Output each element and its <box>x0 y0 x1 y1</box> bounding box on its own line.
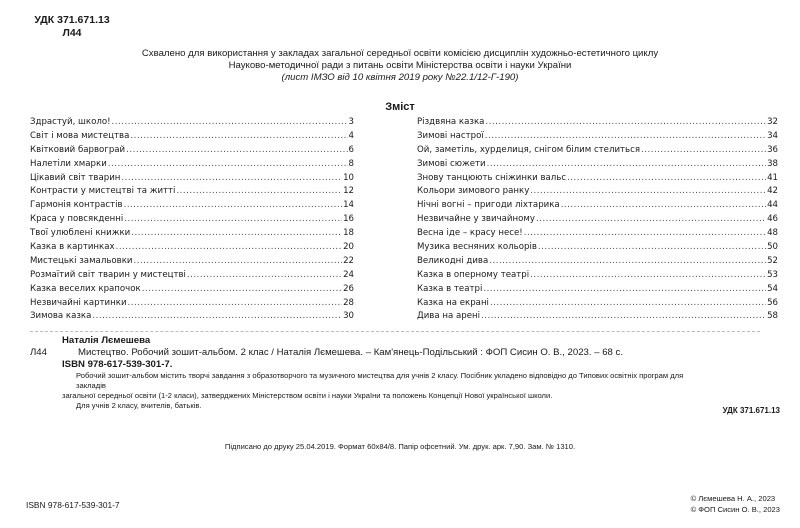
toc-entry-page: 58 <box>767 311 778 321</box>
toc-leader-dots <box>112 117 348 127</box>
toc-leader-dots <box>124 214 342 224</box>
toc-leader-dots <box>490 298 766 308</box>
toc-leader-dots <box>124 200 342 210</box>
toc-entry-page: 28 <box>343 298 354 308</box>
toc-leader-dots <box>536 214 766 224</box>
toc-entry: Цікавий світ тварин10 <box>30 173 354 187</box>
copyright-author: © Лємешева Н. А., 2023 <box>691 493 780 504</box>
toc-entry-title: Казка веселих крапочок <box>30 284 141 294</box>
toc-entry: Незвичайні картинки28 <box>30 298 354 312</box>
toc-leader-dots <box>538 242 766 252</box>
toc-entry-page: 22 <box>343 256 354 266</box>
library-code: Л44 <box>30 347 78 359</box>
toc-entry-title: Весна іде – красу несе! <box>417 228 523 238</box>
bibliographic-record: Наталія Лємешева Л44 Мистецтво. Робочий … <box>30 335 780 411</box>
toc-leader-dots <box>126 145 347 155</box>
toc-leader-dots <box>489 256 766 266</box>
toc-entry: Зимові настрої34 <box>417 131 778 145</box>
divider <box>30 331 760 332</box>
toc-entry: Зимова казка30 <box>30 311 354 325</box>
toc-leader-dots <box>530 270 766 280</box>
toc-entry-title: Гармонія контрастів <box>30 200 123 210</box>
toc-entry-title: Незвичайні картинки <box>30 298 127 308</box>
toc-entry-page: 42 <box>767 186 778 196</box>
toc-leader-dots <box>481 311 766 321</box>
toc-entry: Зимові сюжети38 <box>417 159 778 173</box>
approval-line-1: Схвалено для використання у закладах заг… <box>0 48 800 60</box>
toc-entry-page: 4 <box>349 131 354 141</box>
toc-entry-page: 26 <box>343 284 354 294</box>
toc-leader-dots <box>641 145 766 155</box>
toc-entry-title: Незвичайне у звичайному <box>417 214 535 224</box>
toc-entry: Знову танцюють сніжинки вальс41 <box>417 173 778 187</box>
toc-entry-page: 30 <box>343 311 354 321</box>
toc-entry-page: 8 <box>349 159 354 169</box>
toc-leader-dots <box>131 228 342 238</box>
toc-leader-dots <box>92 311 342 321</box>
toc-entry-page: 34 <box>767 131 778 141</box>
toc-entry-page: 54 <box>767 284 778 294</box>
udk-code: УДК 371.671.13 <box>32 14 112 27</box>
approval-line-3: (лист ІМЗО від 10 квітня 2019 року №22.1… <box>0 72 800 84</box>
toc-leader-dots <box>121 173 342 183</box>
toc-leader-dots <box>483 284 766 294</box>
toc-entry: Казка на екрані56 <box>417 298 778 312</box>
toc-entry-page: 16 <box>343 214 354 224</box>
toc-entry-page: 44 <box>767 200 778 210</box>
author-name: Наталія Лємешева <box>62 335 780 347</box>
toc-entry-title: Казка на екрані <box>417 298 489 308</box>
toc-leader-dots <box>133 256 342 266</box>
toc-leader-dots <box>485 117 766 127</box>
toc-entry-title: Музика весняних кольорів <box>417 242 537 252</box>
toc-entry-title: Контрасти у мистецтві та житті <box>30 186 175 196</box>
toc-leader-dots <box>567 173 766 183</box>
toc-entry-title: Розмаїтий світ тварин у мистецтві <box>30 270 186 280</box>
toc-entry-title: Зимові настрої <box>417 131 484 141</box>
toc-entry: Гармонія контрастів14 <box>30 200 354 214</box>
toc-entry-title: Казка в оперному театрі <box>417 270 529 280</box>
toc-entry-title: Нічні вогні – пригоди ліхтарика <box>417 200 560 210</box>
toc-entry-title: Твої улюблені книжки <box>30 228 130 238</box>
toc-entry-page: 14 <box>343 200 354 210</box>
abstract-line-2: загальної середньої освіти (1-2 класи), … <box>62 391 702 401</box>
toc-entry: Налетіли хмарки8 <box>30 159 354 173</box>
toc-leader-dots <box>130 131 347 141</box>
toc-entry-page: 20 <box>343 242 354 252</box>
toc-left-column: Здрастуй, школо!3Світ і мова мистецтва4К… <box>30 117 354 325</box>
toc-entry-title: Зимова казка <box>30 311 91 321</box>
toc-entry-page: 56 <box>767 298 778 308</box>
udk-code-bottom: УДК 371.671.13 <box>723 406 780 415</box>
toc-leader-dots <box>561 200 766 210</box>
toc-entry: Ой, заметіль, хурделиця, снігом білим ст… <box>417 145 778 159</box>
toc-entry: Казка в картинках20 <box>30 242 354 256</box>
toc-entry-title: Дива на арені <box>417 311 480 321</box>
toc-entry: Музика весняних кольорів50 <box>417 242 778 256</box>
audience: Для учнів 2 класу, вчителів, батьків. <box>62 401 702 411</box>
toc-entry-page: 36 <box>767 145 778 155</box>
toc-entry-page: 12 <box>343 186 354 196</box>
toc-entry-title: Налетіли хмарки <box>30 159 107 169</box>
toc-right-column: Різдвяна казка32Зимові настрої34Ой, заме… <box>417 117 778 325</box>
toc-leader-dots <box>108 159 348 169</box>
toc-entry-title: Світ і мова мистецтва <box>30 131 129 141</box>
toc-entry-page: 52 <box>767 256 778 266</box>
toc-entry: Нічні вогні – пригоди ліхтарика44 <box>417 200 778 214</box>
book-description: Мистецтво. Робочий зошит-альбом. 2 клас … <box>78 347 623 359</box>
toc-entry-page: 50 <box>767 242 778 252</box>
toc-entry-page: 48 <box>767 228 778 238</box>
toc-entry-title: Ой, заметіль, хурделиця, снігом білим ст… <box>417 145 640 155</box>
toc-entry-title: Великодні дива <box>417 256 488 266</box>
toc-entry-title: Знову танцюють сніжинки вальс <box>417 173 566 183</box>
abstract-line-1: Робочий зошит-альбом містить творчі завд… <box>62 371 702 391</box>
copyright-publisher: © ФОП Сисин О. В., 2023 <box>691 504 780 515</box>
toc-entry-page: 53 <box>767 270 778 280</box>
toc-leader-dots <box>187 270 342 280</box>
footer-isbn: ISBN 978-617-539-301-7 <box>26 500 120 510</box>
toc-leader-dots <box>142 284 342 294</box>
toc-entry-title: Здрастуй, школо! <box>30 117 111 127</box>
toc-entry: Великодні дива52 <box>417 256 778 270</box>
toc-entry-title: Кольори зимового ранку <box>417 186 529 196</box>
toc-entry-title: Зимові сюжети <box>417 159 486 169</box>
toc-entry: Квітковий барвограй6 <box>30 145 354 159</box>
udk-header: УДК 371.671.13 Л44 <box>32 14 112 40</box>
toc-entry: Здрастуй, школо!3 <box>30 117 354 131</box>
toc-leader-dots <box>530 186 766 196</box>
toc-entry-title: Казка в театрі <box>417 284 482 294</box>
toc-entry: Розмаїтий світ тварин у мистецтві24 <box>30 270 354 284</box>
toc-entry-page: 32 <box>767 117 778 127</box>
toc-entry: Різдвяна казка32 <box>417 117 778 131</box>
toc-entry-title: Різдвяна казка <box>417 117 484 127</box>
toc-entry-page: 10 <box>343 173 354 183</box>
toc-entry: Весна іде – красу несе!48 <box>417 228 778 242</box>
toc-entry: Казка веселих крапочок26 <box>30 284 354 298</box>
toc-leader-dots <box>487 159 766 169</box>
toc-entry-page: 24 <box>343 270 354 280</box>
toc-leader-dots <box>524 228 766 238</box>
copyright: © Лємешева Н. А., 2023 © ФОП Сисин О. В.… <box>691 493 780 515</box>
toc-entry: Казка в оперному театрі53 <box>417 270 778 284</box>
toc-entry: Світ і мова мистецтва4 <box>30 131 354 145</box>
approval-note: Схвалено для використання у закладах заг… <box>0 48 800 84</box>
toc-entry-title: Казка в картинках <box>30 242 115 252</box>
library-code: Л44 <box>32 27 112 40</box>
approval-line-2: Науково-методичної ради з питань освіти … <box>0 60 800 72</box>
toc-entry-title: Квітковий барвограй <box>30 145 125 155</box>
toc-entry-title: Краса у повсякденні <box>30 214 123 224</box>
toc-entry-page: 46 <box>767 214 778 224</box>
toc-leader-dots <box>485 131 766 141</box>
toc-entry: Контрасти у мистецтві та житті12 <box>30 186 354 200</box>
toc-entry: Мистецькі замальовки22 <box>30 256 354 270</box>
toc-entry-page: 41 <box>767 173 778 183</box>
toc-entry-title: Мистецькі замальовки <box>30 256 132 266</box>
toc-entry-page: 38 <box>767 159 778 169</box>
toc-entry: Кольори зимового ранку42 <box>417 186 778 200</box>
print-info: Підписано до друку 25.04.2019. Формат 60… <box>0 442 800 451</box>
toc-leader-dots <box>116 242 342 252</box>
toc-entry-page: 6 <box>349 145 354 155</box>
toc-title: Зміст <box>0 101 800 113</box>
isbn: ISBN 978-617-539-301-7. <box>62 359 780 371</box>
abstract: Робочий зошит-альбом містить творчі завд… <box>62 371 702 411</box>
toc-entry: Дива на арені58 <box>417 311 778 325</box>
toc-leader-dots <box>128 298 343 308</box>
toc-entry: Казка в театрі54 <box>417 284 778 298</box>
toc-entry: Незвичайне у звичайному46 <box>417 214 778 228</box>
toc-entry-page: 3 <box>349 117 354 127</box>
toc-entry: Краса у повсякденні16 <box>30 214 354 228</box>
toc-entry: Твої улюблені книжки18 <box>30 228 354 242</box>
toc-entry-title: Цікавий світ тварин <box>30 173 120 183</box>
toc-entry-page: 18 <box>343 228 354 238</box>
toc-leader-dots <box>176 186 342 196</box>
